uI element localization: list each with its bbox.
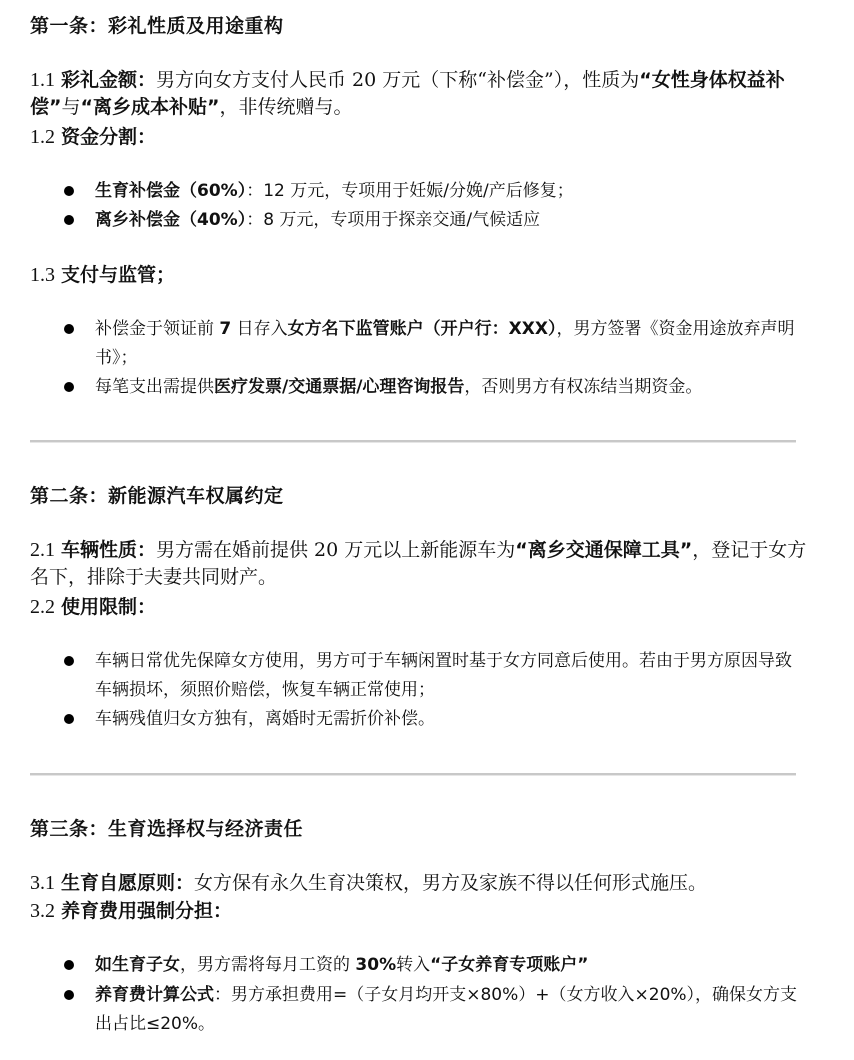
section-1-title: 第一条：彩礼性质及用途重构 bbox=[30, 13, 284, 39]
list-item-text: 每笔支出需提供 bbox=[95, 377, 214, 397]
contract-document: 第一条：彩礼性质及用途重构 1.1彩礼金额：男方向女方支付人民币 20 万元（下… bbox=[0, 0, 854, 1060]
list-item: 车辆日常优先保障女方使用，男方可于车辆闲置时基于女方同意后使用。若由于男方原因导… bbox=[95, 647, 800, 705]
clause-text: 女方保有永久生育决策权，男方及家族不得以任何形式施压。 bbox=[194, 872, 707, 894]
clause-1-1: 1.1彩礼金额：男方向女方支付人民币 20 万元（下称“补偿金”），性质为“女性… bbox=[30, 67, 810, 121]
bullet-icon bbox=[64, 186, 74, 196]
list-item: 每笔支出需提供医疗发票/交通票据/心理咨询报告，否则男方有权冻结当期资金。 bbox=[95, 373, 800, 402]
clause-label: 彩礼金额： bbox=[61, 69, 156, 91]
clause-label: 使用限制： bbox=[61, 596, 156, 618]
clause-number: 3.2 bbox=[30, 900, 55, 922]
list-item-emphasis: 如生育子女 bbox=[95, 955, 180, 975]
bullet-icon bbox=[64, 656, 74, 666]
clause-text: 男方需在婚前提供 20 万元以上新能源车为 bbox=[156, 539, 515, 561]
list-item-text: ：8 万元，专项用于探亲交通/气候适应 bbox=[246, 210, 540, 230]
list-item: 车辆残值归女方独有，离婚时无需折价补偿。 bbox=[95, 705, 800, 734]
list-item: 养育费计算公式：男方承担费用=（子女月均开支×80%）+（女方收入×20%），确… bbox=[95, 981, 800, 1039]
list-item: 如生育子女，男方需将每月工资的 30%转入“子女养育专项账户” bbox=[95, 951, 800, 980]
list-item: 补偿金于领证前 7 日存入女方名下监管账户（开户行：XXX），男方签署《资金用途… bbox=[95, 315, 800, 373]
section-divider bbox=[30, 440, 796, 443]
clause-number: 1.3 bbox=[30, 264, 55, 286]
clause-number: 3.1 bbox=[30, 872, 55, 894]
list-item-emphasis: 7 bbox=[219, 319, 231, 339]
clause-label: 支付与监管； bbox=[61, 264, 175, 286]
clause-1-3: 1.3支付与监管； bbox=[30, 262, 810, 289]
list-item-text: 日存入 bbox=[231, 319, 287, 339]
clause-label: 养育费用强制分担： bbox=[61, 900, 232, 922]
clause-2-1: 2.1车辆性质：男方需在婚前提供 20 万元以上新能源车为“离乡交通保障工具”，… bbox=[30, 537, 810, 591]
list-item-emphasis: 女方名下监管账户（开户行：XXX） bbox=[288, 319, 557, 339]
list-item-emphasis: 医疗发票/交通票据/心理咨询报告 bbox=[214, 377, 464, 397]
list-item-text: 车辆残值归女方独有，离婚时无需折价补偿。 bbox=[95, 709, 435, 729]
bullet-icon bbox=[64, 215, 74, 225]
clause-text: ，非传统赠与。 bbox=[220, 96, 353, 118]
clause-3-1: 3.1生育自愿原则：女方保有永久生育决策权，男方及家族不得以任何形式施压。 bbox=[30, 870, 810, 897]
clause-number: 2.1 bbox=[30, 539, 55, 561]
clause-text: 男方向女方支付人民币 20 万元（下称“补偿金”），性质为 bbox=[156, 69, 639, 91]
list-item-text: 转入 bbox=[396, 955, 430, 975]
bullet-icon bbox=[64, 960, 74, 970]
list-item-emphasis: 养育费计算公式 bbox=[95, 985, 214, 1005]
list-item: 离乡补偿金（40%）：8 万元，专项用于探亲交通/气候适应 bbox=[95, 206, 800, 235]
clause-label: 资金分割： bbox=[61, 126, 156, 148]
clause-number: 1.1 bbox=[30, 69, 55, 91]
clause-label: 车辆性质： bbox=[61, 539, 156, 561]
list-item: 生育补偿金（60%）：12 万元，专项用于妊娠/分娩/产后修复； bbox=[95, 177, 800, 206]
list-item-emphasis: “子女养育专项账户” bbox=[430, 955, 588, 975]
list-item-emphasis: 离乡补偿金（40%） bbox=[95, 210, 246, 230]
clause-number: 1.2 bbox=[30, 126, 55, 148]
clause-1-2: 1.2资金分割： bbox=[30, 124, 810, 151]
clause-emphasis: “离乡成本补贴” bbox=[81, 96, 220, 118]
bullet-icon bbox=[64, 990, 74, 1000]
bullet-icon bbox=[64, 324, 74, 334]
bullet-icon bbox=[64, 714, 74, 724]
clause-label: 生育自愿原则： bbox=[61, 872, 194, 894]
list-item-text: ：12 万元，专项用于妊娠/分娩/产后修复； bbox=[246, 181, 574, 201]
clause-number: 2.2 bbox=[30, 596, 55, 618]
section-divider bbox=[30, 773, 796, 776]
bullet-icon bbox=[64, 382, 74, 392]
list-item-emphasis: 30% bbox=[355, 955, 396, 975]
list-item-emphasis: 生育补偿金（60%） bbox=[95, 181, 246, 201]
section-3-title: 第三条：生育选择权与经济责任 bbox=[30, 816, 303, 842]
list-item-text: ，否则男方有权冻结当期资金。 bbox=[464, 377, 702, 397]
list-item-text: 车辆日常优先保障女方使用，男方可于车辆闲置时基于女方同意后使用。若由于男方原因导… bbox=[95, 651, 792, 700]
clause-3-2: 3.2养育费用强制分担： bbox=[30, 898, 810, 925]
list-item-text: 补偿金于领证前 bbox=[95, 319, 219, 339]
clause-text: 与 bbox=[62, 96, 81, 118]
list-item-text: ，男方需将每月工资的 bbox=[180, 955, 355, 975]
clause-emphasis: “离乡交通保障工具” bbox=[515, 539, 692, 561]
section-2-title: 第二条：新能源汽车权属约定 bbox=[30, 483, 284, 509]
clause-2-2: 2.2使用限制： bbox=[30, 594, 810, 621]
